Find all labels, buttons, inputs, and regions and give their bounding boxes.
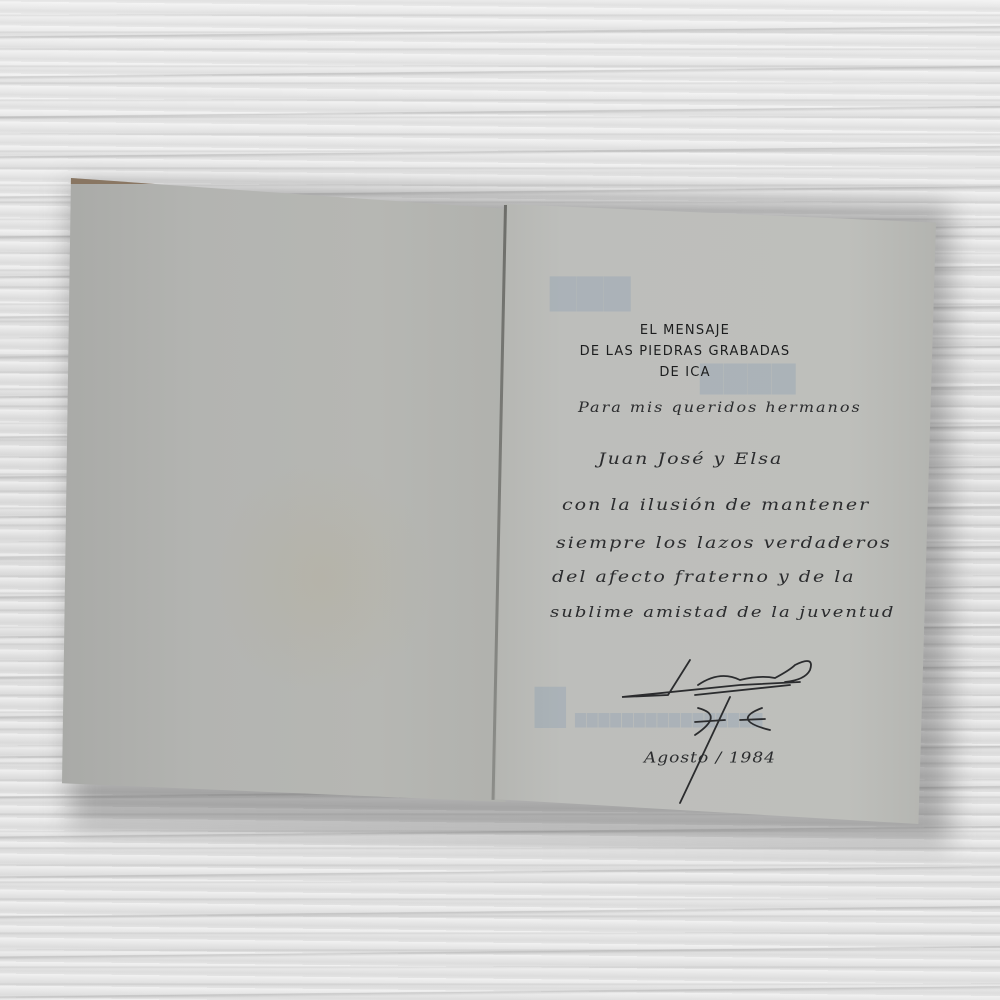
bleed-through-print: ▇ — [535, 682, 567, 728]
age-stain — [212, 458, 432, 698]
dedication-line: siempre los lazos verdaderos — [556, 534, 892, 553]
printed-title: EL MENSAJE DE LAS PIEDRAS GRABADAS DE IC… — [540, 320, 830, 383]
bleed-through-print: ▇▇▇ — [550, 272, 631, 312]
left-page — [62, 178, 510, 802]
signature-icon — [600, 640, 840, 810]
title-line: DE LAS PIEDRAS GRABADAS — [540, 341, 830, 362]
dedication-line: Para mis queridos hermanos — [578, 399, 862, 415]
open-book: ▇▇▇ ▇▇▇▇ ▇ ▇▇▇▇▇▇▇▇▇▇▇▇▇▇▇▇ EL MENSAJE D… — [0, 0, 1000, 1000]
dedication-line: del afecto fraterno y de la — [552, 568, 856, 587]
dedication-line: sublime amistad de la juventud — [550, 604, 895, 622]
title-line: DE ICA — [540, 362, 830, 383]
cover-edge — [62, 178, 510, 184]
signature-date: Agosto / 1984 — [644, 750, 776, 767]
dedication-line: con la ilusión de mantener — [562, 496, 870, 515]
photo-scene: ▇▇▇ ▇▇▇▇ ▇ ▇▇▇▇▇▇▇▇▇▇▇▇▇▇▇▇ EL MENSAJE D… — [0, 0, 1000, 1000]
dedication-line: Juan José y Elsa — [598, 450, 783, 469]
title-line: EL MENSAJE — [540, 320, 830, 341]
